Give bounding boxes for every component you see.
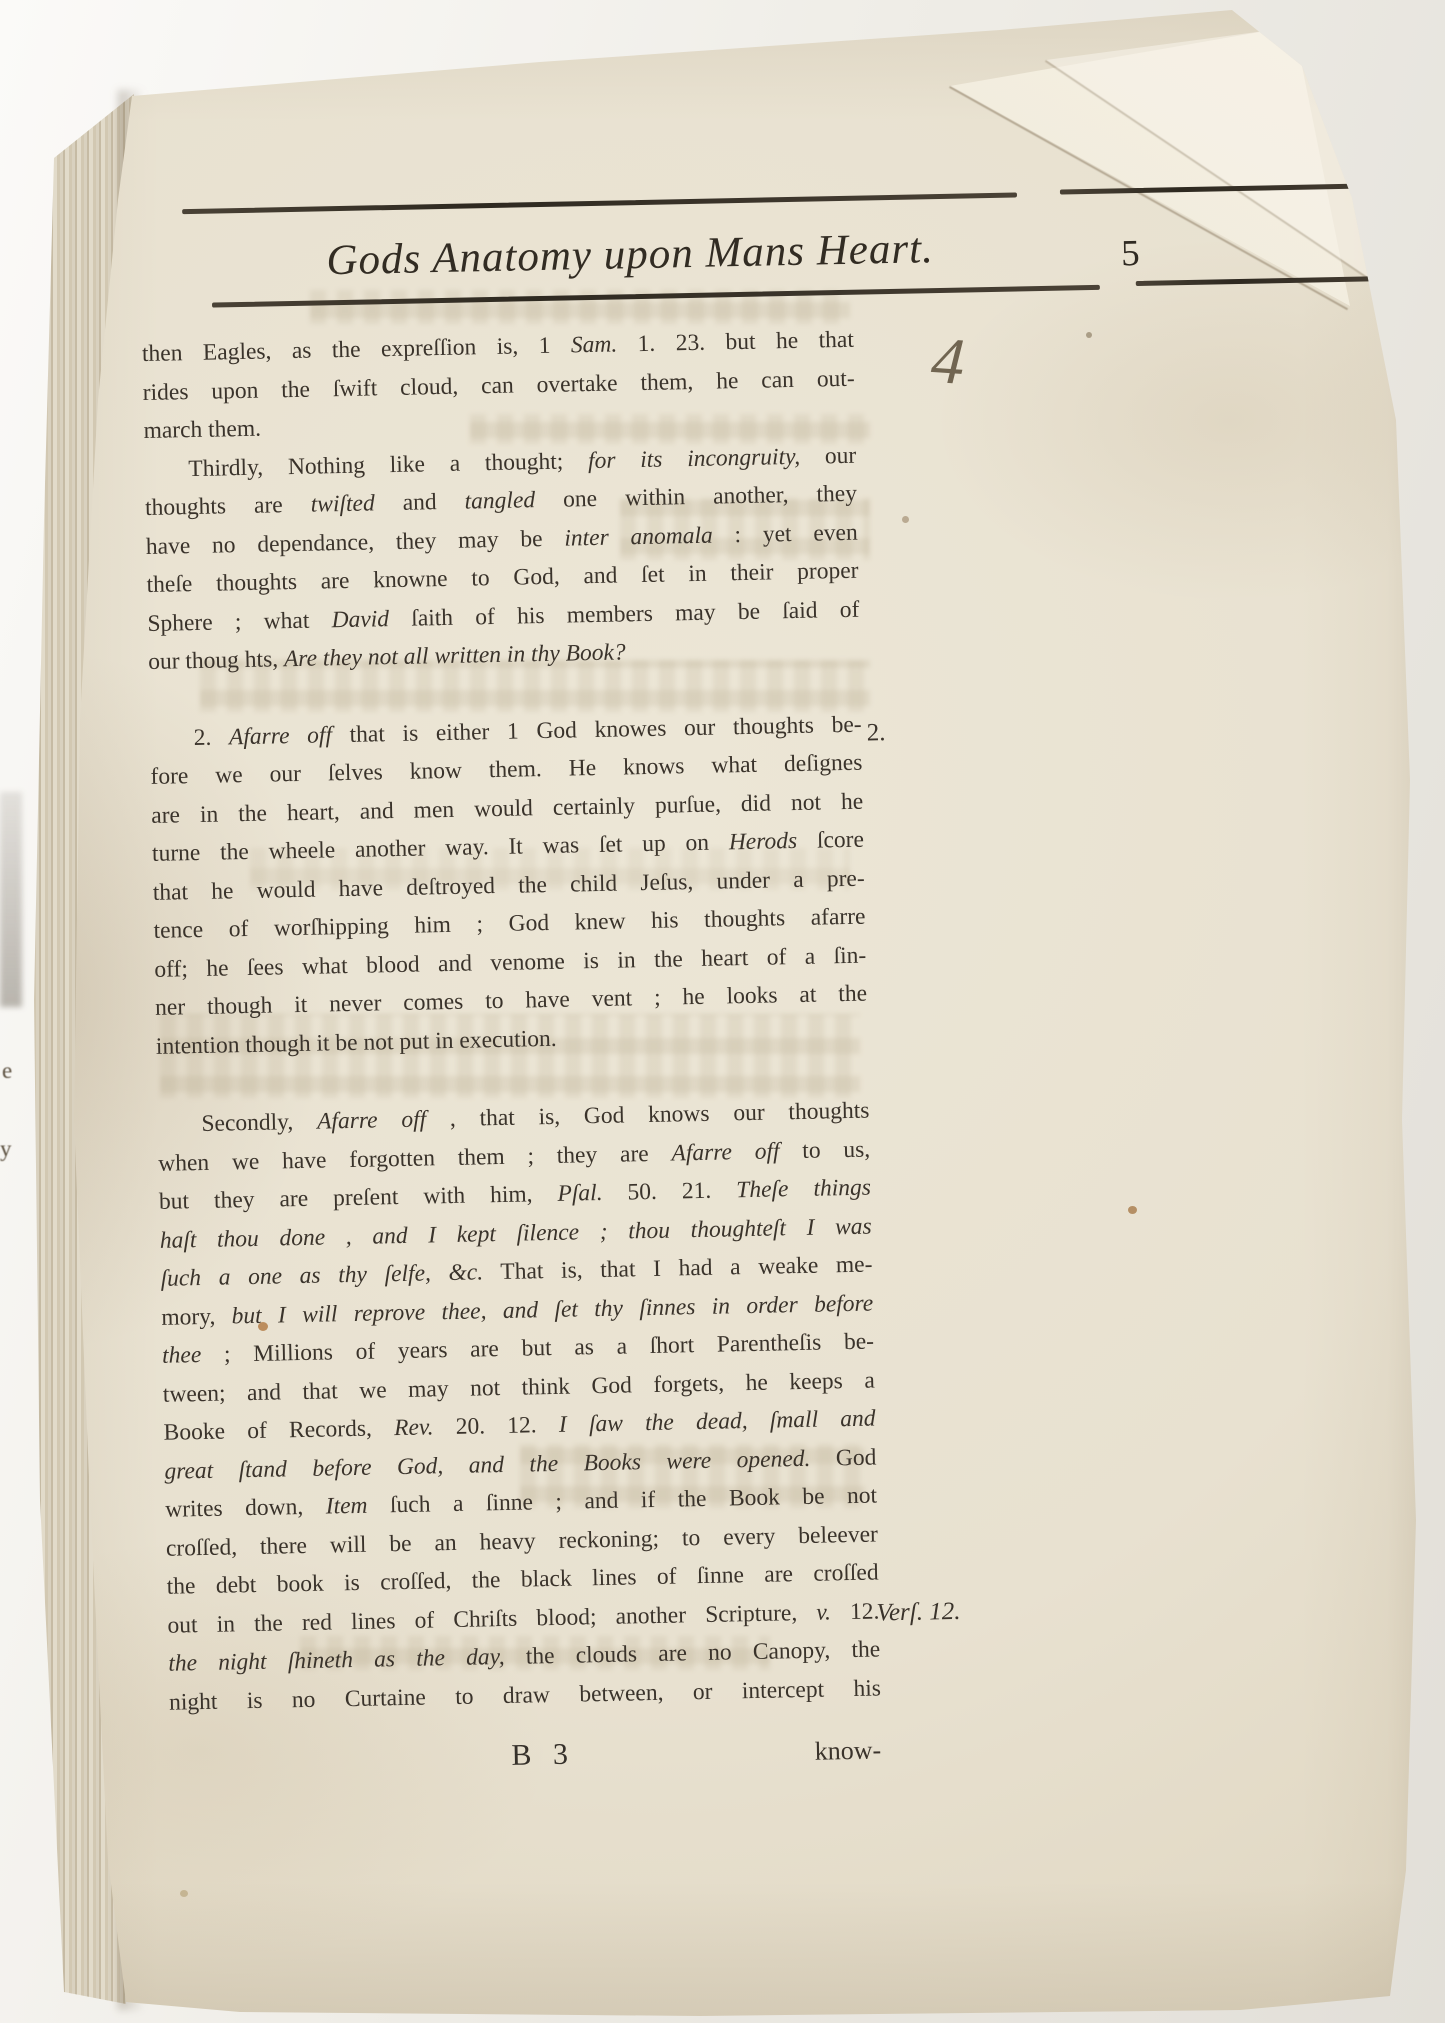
printed-text-layer: Gods Anatomy upon Mans Heart. 5 4 then E… [0, 0, 1445, 2023]
head-rule-segment [1060, 183, 1402, 195]
paragraph-3: 2. Afarre off that is either 1 God knowe… [149, 705, 868, 1066]
head-rule [182, 192, 1017, 214]
handwritten-number: 4 [929, 323, 967, 401]
margin-note-verse: Verſ. 12. [876, 1598, 961, 1628]
text-body: then Eagles, as the expreſſion is, 1 Sam… [142, 321, 882, 1722]
edge-fragment: y [0, 1136, 12, 1162]
book-page: Gods Anatomy upon Mans Heart. 5 4 then E… [0, 0, 1445, 2023]
margin-note-section: 2. [866, 719, 885, 747]
paragraph-1: then Eagles, as the expreſſion is, 1 Sam… [142, 321, 856, 451]
page-number: 5 [1121, 232, 1140, 275]
catchword: know- [713, 1735, 882, 1768]
book-photo: e y Gods Anatomy upon Mans Heart. 5 4 th… [0, 0, 1445, 2023]
edge-fragment: e [2, 1058, 12, 1084]
running-title: Gods Anatomy upon Mans Heart. [280, 223, 981, 286]
title-rule-segment [1136, 276, 1406, 286]
signature-mark: B 3 [443, 1736, 644, 1774]
paragraph-4: Secondly, Afarre off , that is, God know… [157, 1092, 881, 1722]
edge-text-smudge [0, 792, 22, 1007]
paragraph-2: Thirdly, Nothing like a thought; for its… [144, 436, 860, 681]
title-rule [212, 285, 1100, 308]
